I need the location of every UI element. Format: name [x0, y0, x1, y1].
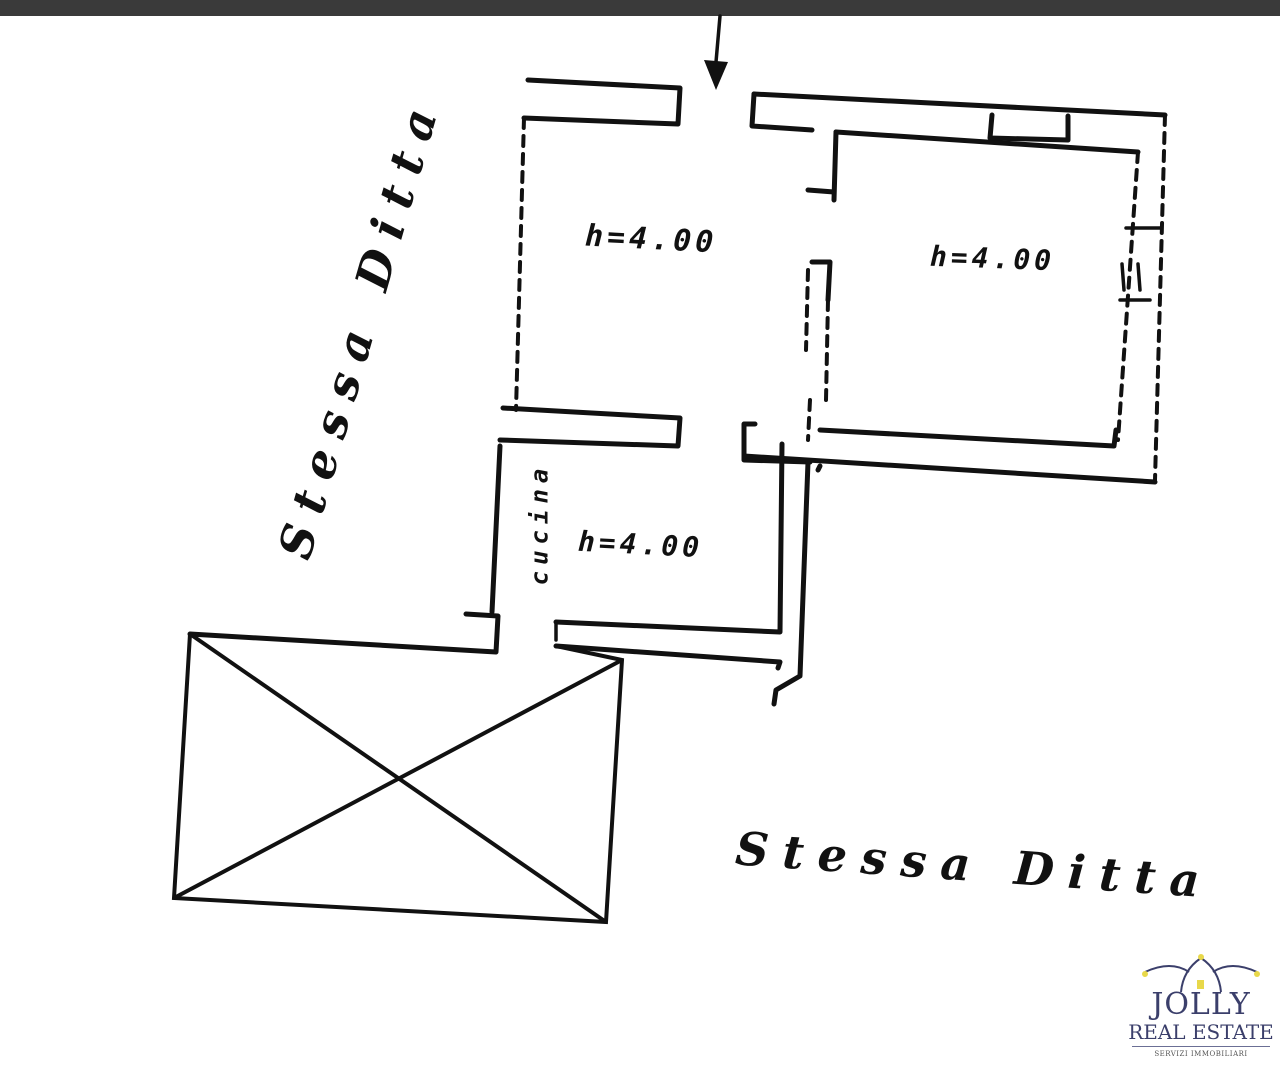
- kitchen-label: cucina: [525, 463, 553, 586]
- house-roof-icon: [1131, 952, 1271, 992]
- logo-divider: [1132, 1046, 1270, 1047]
- room-label-3: h=4.00: [577, 525, 704, 565]
- logo-brand-line1: JOLLY: [1122, 990, 1280, 1020]
- company-logo: JOLLY REAL ESTATE SERVIZI IMMOBILIARI: [1122, 952, 1280, 1068]
- entrance-arrow-icon: [704, 16, 728, 90]
- room-label-2: h=4.00: [929, 240, 1055, 277]
- logo-tagline: SERVIZI IMMOBILIARI: [1122, 1050, 1280, 1058]
- room-label-1: h=4.00: [584, 219, 718, 261]
- logo-brand-line2: REAL ESTATE: [1122, 1020, 1280, 1044]
